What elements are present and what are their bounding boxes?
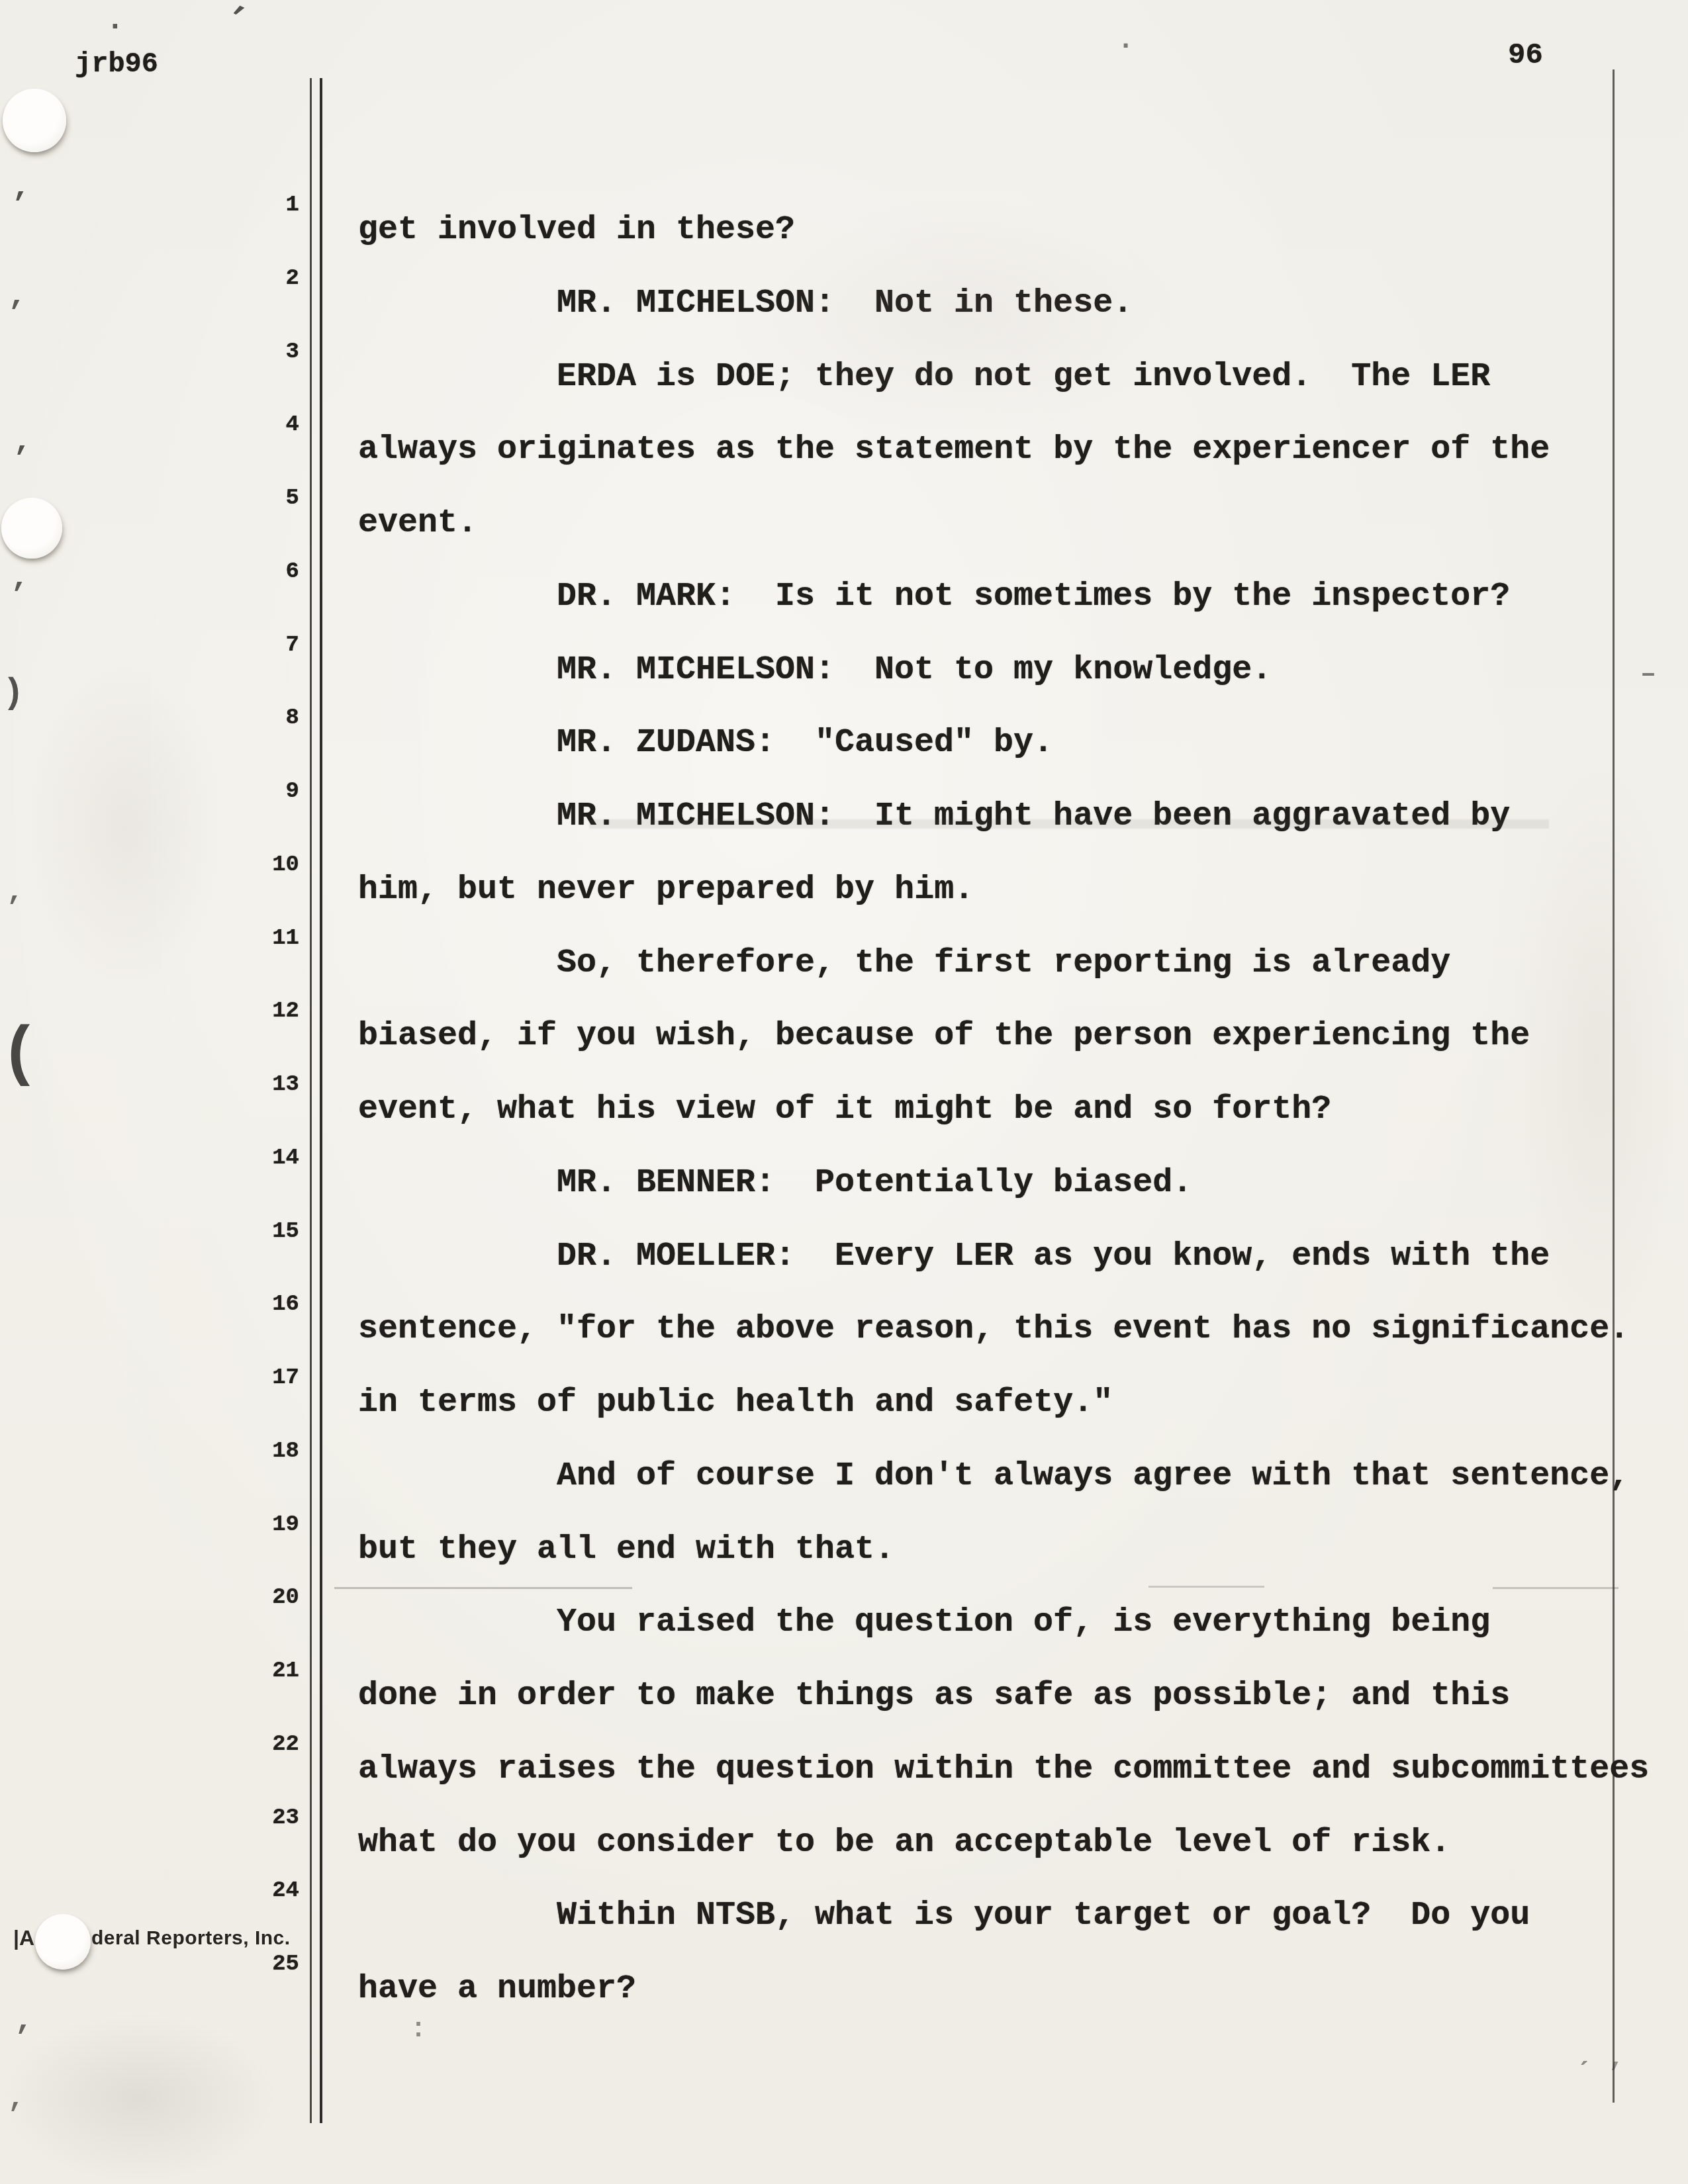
transcript-line: in terms of public health and safety." [358,1385,1113,1421]
transcript-line: DR. MARK: Is it not sometimes by the ins… [557,578,1510,615]
stray-ink-mark: ’ [11,191,29,221]
line-number: 4 [213,413,299,437]
paper-splotch [26,662,225,993]
line-number: 24 [213,1879,299,1903]
stray-ink-mark: . [106,5,124,36]
transcript-line: ERDA is DOE; they do not get involved. T… [557,359,1490,395]
stray-ink-mark: ) [3,676,24,712]
typewriter-smudge [589,819,1549,829]
reporter-stamp: jrb96 [75,49,158,79]
transcript-line: always originates as the statement by th… [358,432,1550,468]
transcript-line: always raises the question within the co… [358,1751,1649,1788]
left-double-rule [310,78,322,2123]
stray-ink-mark: ’ [219,1,250,38]
transcript-line: DR. MOELLER: Every LER as you know, ends… [557,1238,1550,1275]
transcript-line: him, but never prepared by him. [358,872,974,908]
transcript-line: event. [358,505,477,541]
transcript-line: Within NTSB, what is your target or goal… [557,1897,1530,1934]
transcript-line: MR. MICHELSON: Not to my knowledge. [557,652,1272,688]
transcript-line: biased, if you wish, because of the pers… [358,1018,1530,1054]
line-number: 25 [213,1952,299,1977]
line-number: 1 [213,193,299,218]
stray-ink-mark: , [8,2085,24,2113]
stray-ink-mark: ’ [13,2024,32,2054]
line-number: 2 [213,267,299,291]
line-number: 12 [213,999,299,1024]
paper-splotch [0,2012,278,2184]
right-margin-rule [1613,69,1615,2103]
transcript-line: done in order to make things as safe as … [358,1678,1510,1714]
line-number: 13 [213,1073,299,1097]
transcript-line: MR. MICHELSON: Not in these. [557,285,1133,322]
stray-ink-mark: ˏ [1575,2037,1593,2066]
line-number: 10 [213,853,299,878]
transcript-line: sentence, "for the above reason, this ev… [358,1311,1629,1347]
line-number: 20 [213,1586,299,1610]
stray-ink-mark: ’ [9,581,28,612]
line-number: 9 [213,780,299,804]
line-number: 14 [213,1146,299,1171]
stray-ink-mark: – [1640,662,1656,688]
line-number: 3 [213,340,299,365]
stray-ink-mark: ’ [7,299,25,330]
footer-reporter-name: deral Reporters, Inc. [91,1927,291,1950]
line-number: 7 [213,633,299,658]
footer-logo-mark: |A [13,1926,34,1950]
line-number: 8 [213,706,299,731]
hole-punch-mark [1,498,62,559]
transcript-page: jrb96 96 1get involved in these?2MR. MIC… [0,0,1688,2184]
transcript-line: have a number? [358,1971,636,2007]
page-number: 96 [1508,40,1543,71]
fold-line-mark [1149,1586,1264,1588]
line-number: 11 [213,927,299,951]
line-number: 16 [213,1293,299,1317]
transcript-line: event, what his view of it might be and … [358,1091,1331,1128]
hole-punch-mark [3,89,66,152]
hole-punch-mark [35,1914,91,1970]
stray-ink-mark: ’ [5,895,22,923]
stray-ink-mark: ’ [12,445,30,475]
stray-ink-mark: : [410,2017,426,2044]
line-number: 6 [213,560,299,584]
stray-ink-mark: . [1117,26,1134,54]
transcript-line: MR. MICHELSON: It might have been aggrav… [557,798,1510,835]
fold-line-mark [334,1587,632,1589]
transcript-line: but they all end with that. [358,1531,894,1568]
line-number: 19 [213,1513,299,1537]
transcript-line: And of course I don't always agree with … [557,1458,1629,1494]
fold-line-mark [1493,1587,1618,1589]
line-number: 5 [213,486,299,511]
line-number: 18 [213,1439,299,1464]
line-number: 23 [213,1806,299,1831]
transcript-line: MR. BENNER: Potentially biased. [557,1165,1192,1201]
transcript-line: MR. ZUDANS: "Caused" by. [557,725,1053,761]
transcript-line: You raised the question of, is everythin… [557,1604,1490,1641]
stray-ink-mark: , [1609,2046,1624,2073]
line-number: 22 [213,1733,299,1757]
transcript-line: get involved in these? [358,212,795,248]
stray-ink-mark: ( [0,1023,40,1089]
transcript-line: So, therefore, the first reporting is al… [557,945,1450,981]
line-number: 17 [213,1366,299,1390]
line-number: 21 [213,1659,299,1684]
transcript-line: what do you consider to be an acceptable… [358,1825,1450,1861]
line-number: 15 [213,1220,299,1244]
